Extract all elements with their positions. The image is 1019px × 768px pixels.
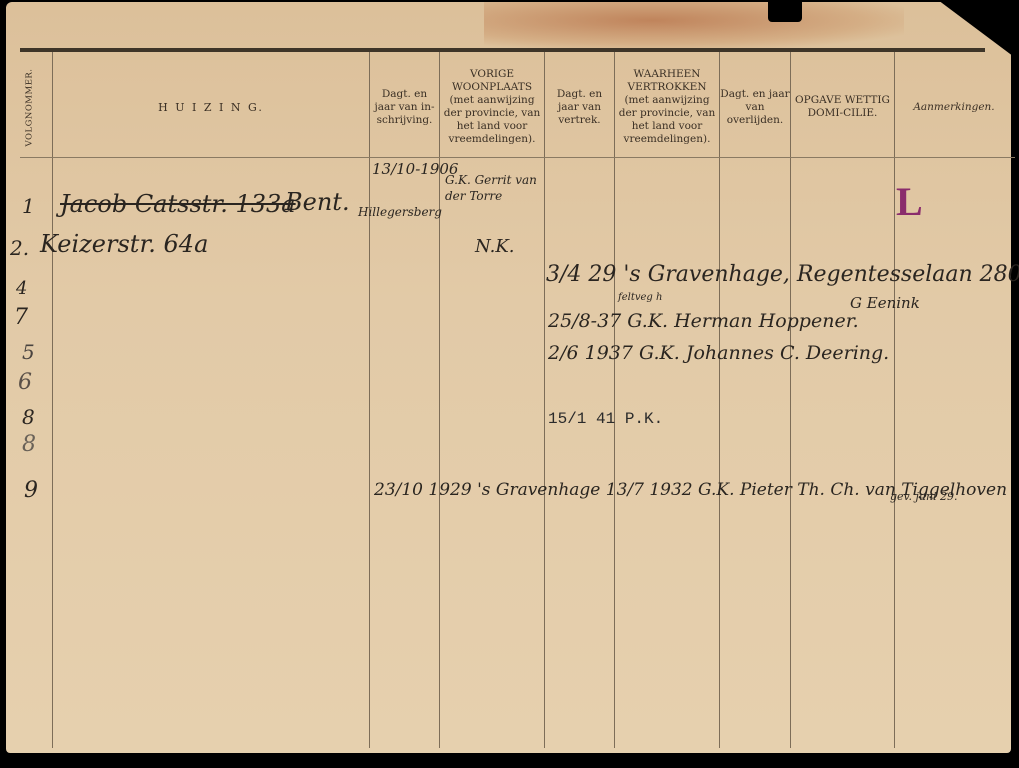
entry-annotation: gev. juni 29. — [890, 490, 958, 503]
previous-note: G.K. Gerrit van der Torre — [445, 172, 545, 204]
header-waarheen: WAARHEEN VERTROKKEN (met aanwijzing der … — [615, 58, 719, 156]
header-vorige-woonplaats: VORIGE WOONPLAATS (met aanwijzing der pr… — [440, 58, 544, 156]
church-note: N.K. — [475, 236, 515, 257]
margin-number: 4 — [16, 278, 27, 299]
row-number: 1 — [22, 194, 35, 218]
header-waarheen-note: (met aanwijzing der provincie, van het l… — [615, 94, 719, 146]
header-vorige-title: VORIGE WOONPLAATS — [440, 68, 544, 94]
header-overlijden: Dagt. en jaar van overlijden. — [720, 58, 790, 156]
water-stain — [484, 2, 904, 48]
typed-note: 15/1 41 P.K. — [548, 410, 663, 428]
previous-place: Hillegersberg — [358, 205, 442, 219]
header-vertrek: Dagt. en jaar van vertrek. — [545, 58, 614, 156]
torn-notch — [768, 2, 802, 22]
domicile-entry: 2/6 1937 G.K. Johannes C. Deering. — [548, 342, 889, 364]
margin-number: 8 — [22, 432, 36, 457]
margin-number: 6 — [18, 370, 32, 395]
address-struck: Jacob Catsstr. 133a — [60, 190, 296, 218]
margin-number: 8 — [22, 405, 35, 429]
header-aanmerkingen: Aanmerkingen. — [895, 58, 1013, 156]
domicile-entry: 25/8-37 G.K. Herman Hoppener. — [548, 310, 859, 332]
entry-annotation: feltveg h — [618, 292, 662, 303]
header-vorige-note: (met aanwijzing der provincie, van het l… — [440, 94, 544, 146]
stamp-letter: L — [896, 178, 923, 225]
margin-number: 5 — [22, 340, 35, 364]
entry-annotation: G Eenink — [850, 294, 920, 312]
header-volgnommer: VOLGNOMMER. — [8, 58, 52, 156]
address: Keizerstr. 64a — [40, 230, 208, 258]
header-huizing: H U I Z I N G. — [53, 58, 369, 156]
row-number: 2. — [10, 236, 29, 260]
header-volgnommer-text: VOLGNOMMER. — [24, 68, 37, 146]
address-suffix: Bent. — [285, 188, 350, 216]
header-waarheen-title: WAARHEEN VERTROKKEN — [615, 68, 719, 94]
header-domicilie: OPGAVE WETTIG DOMI-CILIE. — [791, 58, 894, 156]
departure-entry: 3/4 29 's Gravenhage, Regentesselaan 280… — [546, 262, 1019, 287]
margin-number: 7 — [14, 305, 28, 330]
header-inschrijving: Dagt. en jaar van in-schrijving. — [370, 58, 439, 156]
header-bottom-rule — [20, 157, 1015, 158]
top-rule — [20, 48, 985, 52]
margin-number: 9 — [24, 478, 38, 503]
